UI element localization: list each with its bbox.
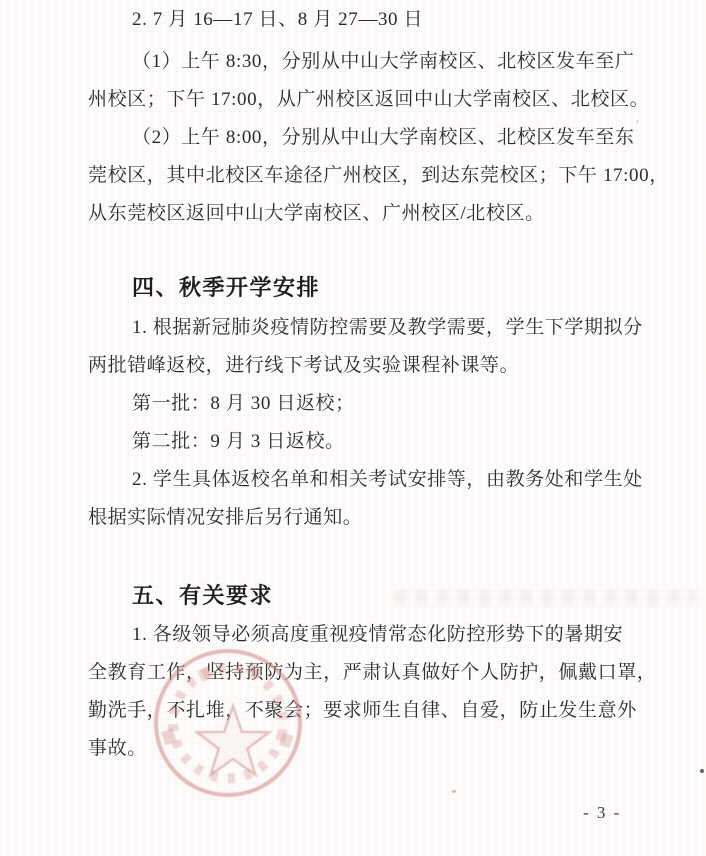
- scan-speck: [452, 790, 456, 793]
- section-heading-autumn-term: 四、秋季开学安排: [88, 275, 628, 301]
- text-line: 勤洗手，不扎堆，不聚会；要求师生自律、自爱，防止发生意外: [88, 698, 628, 724]
- text-line: 两批错峰返校，进行线下考试及实验课程补课等。: [88, 353, 628, 379]
- text-line: （1）上午 8:30，分别从中山大学南校区、北校区发车至广: [88, 49, 628, 75]
- text-line: 从东莞校区返回中山大学南校区、广州校区/北校区。: [88, 201, 628, 227]
- text-line: 2. 7 月 16—17 日、8 月 27—30 日: [88, 7, 628, 33]
- text-line: 州校区；下午 17:00，从广州校区返回中山大学南校区、北校区。: [88, 87, 628, 113]
- scan-speck: [700, 769, 704, 773]
- text-line: （2）上午 8:00，分别从中山大学南校区、北校区发车至东: [88, 125, 628, 151]
- scan-speck: [636, 120, 639, 123]
- text-line: 1. 根据新冠肺炎疫情防控需要及教学需要，学生下学期拟分: [88, 315, 628, 341]
- scanned-document-page: 2. 7 月 16—17 日、8 月 27—30 日 （1）上午 8:30，分别…: [0, 0, 706, 856]
- page-number: - 3 -: [583, 803, 621, 823]
- section-heading-requirements: 五、有关要求: [88, 583, 628, 609]
- text-line: 全教育工作，坚持预防为主，严肃认真做好个人防护，佩戴口罩，: [88, 660, 628, 686]
- text-line: 事故。: [88, 736, 628, 762]
- text-line: 莞校区，其中北校区车途径广州校区，到达东莞校区；下午 17:00，: [88, 163, 628, 189]
- text-line: 根据实际情况安排后另行通知。: [88, 505, 628, 531]
- text-line: 1. 各级领导必须高度重视疫情常态化防控形势下的暑期安: [88, 622, 628, 648]
- text-line: 第二批：9 月 3 日返校。: [88, 429, 628, 455]
- text-line: 第一批：8 月 30 日返校；: [88, 391, 628, 417]
- text-line: 2. 学生具体返校名单和相关考试安排等，由教务处和学生处: [88, 467, 628, 493]
